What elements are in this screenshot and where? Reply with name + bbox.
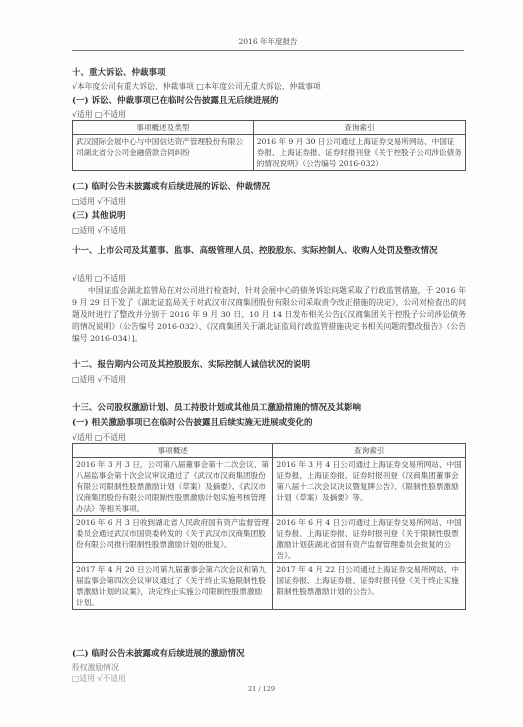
section-10-sub1-title: (一) 诉讼、仲裁事项已在临时公告披露且无后续进展的 xyxy=(72,95,466,107)
table-header-row: 事项概述 查询索引 xyxy=(73,444,466,458)
table-row: 2016 年 3 月 3 日，公司第八届董事会第十二次会议、第八届监事会第十次会… xyxy=(73,458,466,516)
table-row: 武汉国际会展中心与中国信达资产管理股份有限公司湖北省分公司金融借款合同纠纷 20… xyxy=(73,135,466,171)
section-13-sub1-applicable: √适用 □不适用 xyxy=(72,432,466,444)
section-10-title: 十、重大诉讼、仲裁事项 xyxy=(72,67,466,79)
column-header: 事项概述 xyxy=(73,444,273,458)
section-13-sub2-label: 股权激励情况 xyxy=(72,662,466,674)
table-cell: 2017 年 4 月 20 日公司第九届董事会第六次会议和第九届监事会第四次会议… xyxy=(73,563,273,610)
page-number: 21 / 129 xyxy=(0,685,523,693)
litigation-table: 事项概述及类型 查询索引 武汉国际会展中心与中国信达资产管理股份有限公司湖北省分… xyxy=(72,120,466,171)
page-header: 2016 年年度报告 xyxy=(72,36,464,51)
table-cell: 2017 年 4 月 22 日公司通过上海证券交易所网站、中国证券报、上海证券报… xyxy=(273,563,466,610)
table-cell: 2016 年 9 月 30 日公司通过上海证券交易所网站、中国证券报、上海证券报… xyxy=(253,135,465,171)
section-10-sub1-applicable: √适用 □不适用 xyxy=(72,109,466,121)
incentive-table: 事项概述 查询索引 2016 年 3 月 3 日，公司第八届董事会第十二次会议、… xyxy=(72,443,466,610)
section-13-sub1-title: (一) 相关激励事项已在临时公告披露且后续实施无进展或变化的 xyxy=(72,417,466,429)
section-13-sub2-applicable: □适用 √不适用 xyxy=(72,673,466,685)
column-header: 查询索引 xyxy=(253,121,465,135)
section-13-sub2-title: (二) 临时公告未披露或有后续进展的激励情况 xyxy=(72,648,466,660)
section-11-title: 十一、上市公司及其董事、监事、高级管理人员、控股股东、实际控制人、收购人处罚及整… xyxy=(72,245,483,258)
section-13-title: 十三、公司股权激励计划、员工持股计划或其他员工激励措施的情况及其影响 xyxy=(72,402,466,414)
table-cell: 2016 年 6 月 3 日收到湖北省人民政府国有资产监督管理委员会通过武汉市国… xyxy=(73,516,273,563)
table-cell: 2016 年 6 月 4 日公司通过上海证券交易所网站、中国证券报、上海证券报、… xyxy=(273,516,466,563)
section-11-paragraph: 中国证监会湖北监管局在对公司进行检查时，针对会展中心的债务诉讼问题采取了行政监管… xyxy=(72,285,466,345)
section-10-sub2-title: (二) 临时公告未披露或有后续进展的诉讼、仲裁情况 xyxy=(72,181,466,193)
section-10-choice: √本年度公司有重大诉讼、仲裁事项 □本年度公司无重大诉讼、仲裁事项 xyxy=(72,81,466,93)
table-cell: 武汉国际会展中心与中国信达资产管理股份有限公司湖北省分公司金融借款合同纠纷 xyxy=(73,135,254,171)
section-12-title: 十二、报告期内公司及其控股股东、实际控制人诚信状况的说明 xyxy=(72,359,466,371)
table-row: 2017 年 4 月 20 日公司第九届董事会第六次会议和第九届监事会第四次会议… xyxy=(73,563,466,610)
column-header: 查询索引 xyxy=(273,444,466,458)
section-10-sub3-applicable: □适用 √不适用 xyxy=(72,225,466,237)
section-12-applicable: □适用 √不适用 xyxy=(72,374,466,386)
table-cell: 2016 年 3 月 3 日，公司第八届董事会第十二次会议、第八届监事会第十次会… xyxy=(73,458,273,516)
section-11-applicable: √适用 □不适用 xyxy=(72,273,466,285)
table-cell: 2016 年 3 月 4 日公司通过上海证券交易所网站、中国证券报、上海证券报、… xyxy=(273,458,466,516)
section-10-sub2-applicable: □适用 √不适用 xyxy=(72,196,466,208)
column-header: 事项概述及类型 xyxy=(73,121,254,135)
table-header-row: 事项概述及类型 查询索引 xyxy=(73,121,466,135)
table-row: 2016 年 6 月 3 日收到湖北省人民政府国有资产监督管理委员会通过武汉市国… xyxy=(73,516,466,563)
section-10-sub3-title: (三) 其他说明 xyxy=(72,210,466,222)
